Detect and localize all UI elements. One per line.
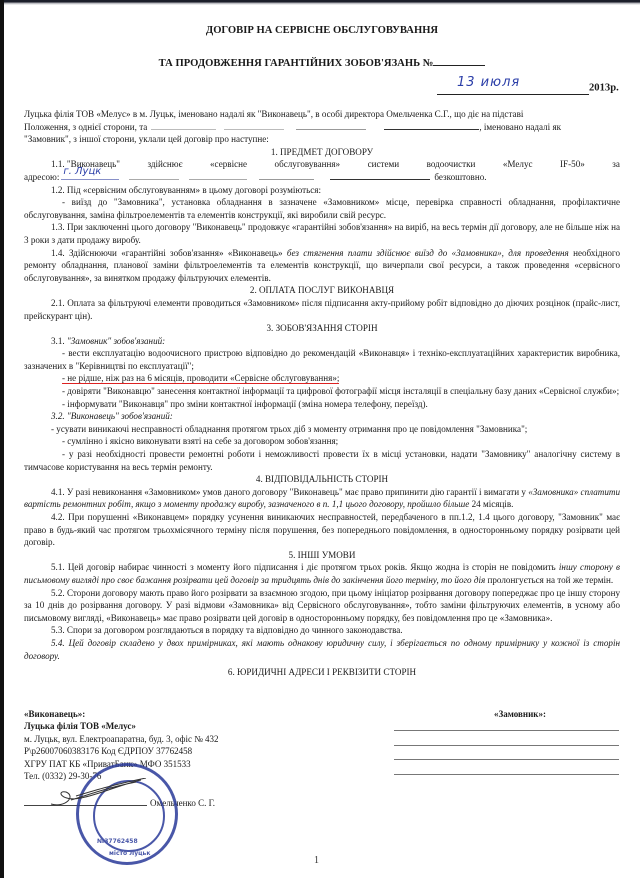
customer-name-blank-3 (296, 121, 366, 130)
obligation-item: - сумлінно і якісно виконувати взяті на … (24, 435, 620, 448)
customer-name-blank-2 (224, 121, 284, 130)
address-blank-2 (129, 171, 179, 180)
scan-top-border (4, 0, 640, 5)
clause-2-1: 2.1. Оплата за фільтруючі елементи прово… (24, 297, 620, 322)
executor-account: Р\р26007060383176 Код ЄДРПОУ 37762458 (24, 745, 324, 757)
date-field: 13 июля (437, 80, 589, 95)
word: за (612, 158, 620, 171)
customer-field-line (394, 759, 619, 760)
clause-label: "Замовник" зобов'язаний: (67, 336, 165, 346)
executor-name: Луцька філія ТОВ «Мелус» (24, 720, 324, 732)
clause-text: 4.1. У разі невиконання «Замовником» умо… (51, 487, 526, 497)
address-blank-5 (330, 171, 430, 180)
document-title: ДОГОВІР НА СЕРВІСНЕ ОБСЛУГОВУВАННЯ (24, 25, 620, 38)
address-field: г. Луцк (61, 171, 119, 180)
clause-1-3: 1.3. При заключенні цього договору "Вико… (24, 221, 620, 246)
word: водоочистки (427, 158, 476, 171)
section2-heading: 2. ОПЛАТА ПОСЛУГ ВИКОНАВЦЯ (24, 284, 620, 297)
obligation-item: - довіряти "Виконавцю" занесення контакт… (24, 385, 620, 398)
obligation-item: - усувати виникаючі несправності обладна… (24, 423, 620, 436)
executor-details: «Виконавець»: Луцька філія ТОВ «Мелус» м… (24, 708, 324, 782)
preamble-line2-end: , іменовано надалі як (479, 121, 561, 134)
word: здійснює (147, 158, 182, 171)
executor-bank: ХГРУ ПАТ КБ «ПриватБанк» МФО 351533 (24, 758, 324, 770)
clause-text-italic: без стягнення плати здійснює виїзд до «З… (287, 248, 569, 258)
clause-4-2: 4.2. При порушенні «Виконавцем» порядку … (24, 511, 620, 549)
address-blank-3 (189, 171, 247, 180)
free-of-charge: безкоштовно. (434, 171, 486, 184)
customer-field-line (394, 774, 619, 775)
clause-3-2: 3.2. "Виконавець" зобов'язаний: (24, 410, 620, 423)
preamble-line3: "Замовник", з іншої сторони, уклали цей … (24, 133, 620, 146)
word: «сервісне (210, 158, 247, 171)
clause-4-1: 4.1. У разі невиконання «Замовником» умо… (24, 486, 620, 511)
contract-number-field (433, 56, 485, 66)
section6-heading: 6. ЮРИДИЧНІ АДРЕСИ І РЕКВІЗИТИ СТОРІН (24, 666, 620, 679)
underlined-text: - не рідше, ніж раз на 6 місяців, провод… (62, 373, 339, 384)
customer-field-line (394, 730, 619, 731)
word: IF-50» (560, 158, 585, 171)
section3-heading: 3. ЗОБОВ'ЯЗАННЯ СТОРІН (24, 322, 620, 335)
word: системи (368, 158, 400, 171)
stamp-code: №37762458 (97, 836, 138, 848)
clause-label: 3.2. "Виконавець" зобов'язаний: (51, 411, 173, 421)
obligation-item: - інформувати "Виконавця" про зміни конт… (24, 398, 620, 411)
customer-label: «Замовник»: (494, 708, 546, 721)
executor-address: м. Луцьк, вул. Електроапаратна, буд. 3, … (24, 733, 324, 745)
clause-1-2: 1.2. Під «сервісним обслуговуванням» в ц… (24, 184, 620, 197)
contract-body: Луцька філія ТОВ «Мелус» в м. Луцьк, іме… (24, 108, 620, 679)
clause-3-1: 3.1. "Замовник" зобов'язаний: (24, 335, 620, 348)
section4-heading: 4. ВІДПОВІДАЛЬНІСТЬ СТОРІН (24, 473, 620, 486)
clause-1-1-address: адресою: г. Луцк безкоштовно. (24, 171, 620, 184)
clause-1-1: 1.1. "Виконавець" здійснює «сервісне обс… (24, 158, 620, 171)
word: «Мелус (503, 158, 533, 171)
handwritten-date: 13 июля (457, 77, 520, 90)
preamble-line2-start: Положення, з однієї сторони, та (24, 121, 147, 134)
address-blank-4 (259, 171, 314, 180)
document-subtitle: ТА ПРОДОВЖЕННЯ ГАРАНТІЙНИХ ЗОБОВ'ЯЗАНЬ № (24, 56, 620, 71)
section5-heading: 5. ІНШІ УМОВИ (24, 549, 620, 562)
preamble-line1: Луцька філія ТОВ «Мелус» в м. Луцьк, іме… (24, 108, 620, 121)
obligation-item: - вести експлуатацію водоочисного пристр… (24, 347, 620, 372)
scan-left-border (0, 0, 4, 878)
obligation-item: - у разі необхідності провести ремонтні … (24, 448, 620, 473)
clause-text: пролонгується на той же термін. (488, 575, 614, 585)
page-number: 1 (314, 855, 319, 866)
clause-text: 1.4. Здійснюючи «гарантійні зобов'язання… (51, 248, 283, 258)
section1-heading: 1. ПРЕДМЕТ ДОГОВОРУ (24, 146, 620, 159)
executor-label: «Виконавець»: (24, 708, 324, 720)
clause-text: 5.1. Цей договір набирає чинності з моме… (51, 562, 556, 572)
clause-1-4: 1.4. Здійснюючи «гарантійні зобов'язання… (24, 247, 620, 285)
customer-field-line (394, 745, 619, 746)
clause-text: 24 місяців. (472, 499, 514, 509)
customer-name-blank-1 (151, 121, 216, 130)
signature-icon (46, 778, 156, 808)
address-label: адресою: (24, 171, 59, 184)
clause-5-4: 5.4. Цей договір складено у двох примірн… (24, 637, 620, 662)
stamp-city: місто Луцьк (109, 848, 150, 860)
clause-5-2: 5.2. Сторони договору мають право його р… (24, 587, 620, 625)
clause-5-1: 5.1. Цей договір набирає чинності з моме… (24, 561, 620, 586)
clause-1-2-item: - виїзд до "Замовника", установка обладн… (24, 196, 620, 221)
customer-name-blank-4 (384, 121, 479, 130)
obligation-item-highlighted: - не рідше, ніж раз на 6 місяців, провод… (24, 372, 620, 385)
clause-number: 3.1. (51, 336, 65, 346)
handwritten-address: г. Луцк (63, 166, 101, 179)
subtitle-text: ТА ПРОДОВЖЕННЯ ГАРАНТІЙНИХ ЗОБОВ'ЯЗАНЬ № (159, 58, 434, 69)
preamble-line2: Положення, з однієї сторони, та , іменов… (24, 121, 620, 134)
date-year: 2013р. (589, 82, 619, 93)
contract-date: 13 июля2013р. (437, 80, 619, 95)
word: обслуговування» (275, 158, 341, 171)
clause-5-3: 5.3. Спори за договором розглядаються в … (24, 624, 620, 637)
